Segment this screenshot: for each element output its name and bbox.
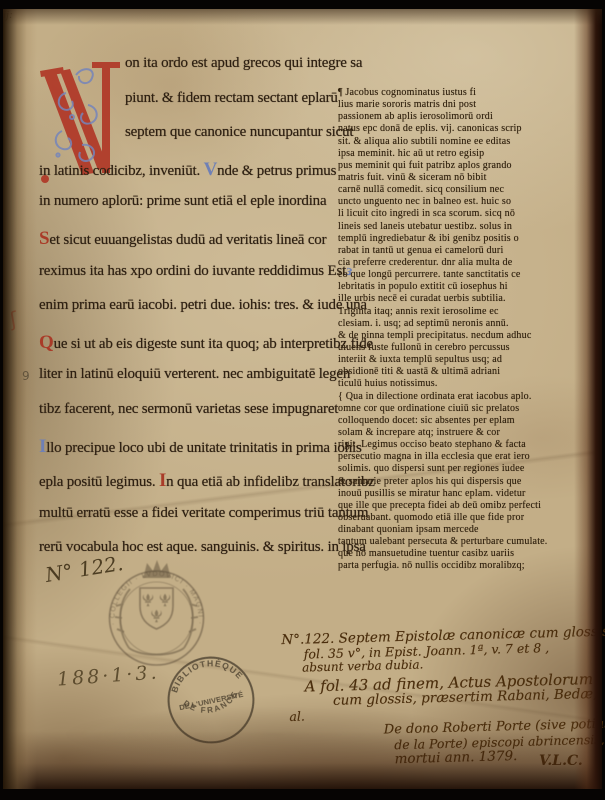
university-stamp: BIBLIOTHÈQUE DE L'UNIVERSITÉ DE FRANCE [154, 643, 268, 757]
main-text-line: Illo precipue loco ubi de unitate trinit… [39, 436, 375, 471]
gloss-line: Triginta itaq; annis rexit ierosolime ec [338, 306, 548, 318]
gloss-line: sit. & aliqua alio subtili nomine ee edi… [338, 136, 548, 148]
librarian-notes: N°.122. Septem Epistolæ canonicæ cum glo… [281, 625, 599, 770]
main-text-line: in latinis codicibz, inveniūt. Vnde & pe… [39, 159, 375, 194]
gloss-line: ipsa meminit. hic aū ut retro egisip [338, 148, 548, 160]
gloss-line: clesiam. i. usq; ad septimū neronis annū… [338, 318, 548, 330]
gloss-line: que nō mansuetudine tuentur casibz uarii… [338, 548, 548, 560]
gloss-line: passionem ab aplis ierosolimorū ordi [338, 111, 548, 123]
librarian-initials: V.L.C. [539, 753, 583, 769]
main-text-line: tibz facerent, nec sermonū varietas sese… [39, 401, 375, 436]
main-text-line: septem que canonice nuncupantur sicut [39, 124, 375, 159]
gloss-line: rabat in tantū ut genua ei camelorū duri [338, 245, 548, 257]
gloss-line: natus epc donā de eplis. vij. canonicas … [338, 123, 548, 135]
gloss-line: que ille que precepta fidei ab deū omibz… [338, 500, 548, 512]
red-margin-flourish: ʃ [8, 307, 19, 332]
main-text-line: piunt. & fidem rectam sectant eplarū [39, 90, 375, 125]
main-text-line: on ita ordo est apud grecos qui integre … [39, 55, 375, 90]
gloss-line: ticulū huius notissimus. [338, 378, 548, 390]
gloss-line: ille urbis necē ei curadat uerbis subtil… [338, 293, 548, 305]
main-text-line: Que si ut ab eis digeste sunt ita quoq; … [39, 332, 375, 367]
margin-correction-mark: 9 [22, 369, 30, 383]
gloss-line: { Qua in dilectione ordinata erat iacobu… [338, 391, 548, 403]
gloss-line: inouū pusillis se miratur hanc eplam. vi… [338, 488, 548, 500]
main-text-line: liter in latinū eloquiū verterent. nec a… [39, 366, 375, 401]
gloss-line: lius marie sororis matris dni post [338, 99, 548, 111]
main-text-line: multū erratū esse a fidei veritate compe… [39, 505, 375, 540]
gloss-line: obsidionē titi & uastā & ultimā adriani [338, 366, 548, 378]
main-text-line: in numero aplorū: prime sunt etiā el epl… [39, 193, 375, 228]
shield-icon [140, 588, 173, 629]
gloss-line: rigit. Legimus occiso beato stephano & f… [338, 439, 548, 451]
gloss-line: carnē nullā comedit. sicq consilium nec [338, 184, 548, 196]
gloss-line: & de pinna templi precipitatus. necdum a… [338, 330, 548, 342]
gloss-line: cia preferre crederentur. dnr alia multa… [338, 257, 548, 269]
gloss-line: omne cor que ordinatione ciuiū sic prela… [338, 403, 548, 415]
gloss-line: uiuens fuste fullonū in cerebro percussu… [338, 342, 548, 354]
main-text-line: enim prima earū iacobi. petri due. iohis… [39, 297, 375, 332]
gloss-column: ¶ Jacobus cognominatus iustus filius mar… [338, 87, 548, 573]
gloss-line: ¶ Jacobus cognominatus iustus fi [338, 87, 548, 99]
gloss-line: persecutio magna in illa ecclesia que er… [338, 451, 548, 463]
gloss-line: parta perfugia. nō nullis occidibz moral… [338, 560, 548, 572]
gloss-line: uncto unguento nec in balneo est. huic s… [338, 196, 548, 208]
gloss-line: interiit & iuxta templū sepultus usq; ad [338, 354, 548, 366]
gloss-line: colloquendo docet: sic absentes per epla… [338, 415, 548, 427]
gloss-line: lineis sed laneis utebatur uestibz. solu… [338, 221, 548, 233]
gloss-line: obseruabant. quomodo etiā ille que fide … [338, 512, 548, 524]
gloss-line: eo que longū percurrere. tante sanctitat… [338, 269, 548, 281]
gloss-line: tantum ualebant persecuta & perturbare c… [338, 536, 548, 548]
gloss-line: lebritatis in populo extitit cū iosephus… [338, 281, 548, 293]
main-text-line: epla positū legimus. In qua etiā ab infi… [39, 470, 375, 505]
gloss-line: pus meminit qui fuit patribz aplos grand… [338, 160, 548, 172]
page-edge-left-shadow [3, 9, 37, 789]
photo-frame: on ita ordo est apud grecos qui integre … [0, 0, 605, 800]
gloss-line: solimis. quo dispersi sunt per regiones … [338, 463, 548, 475]
gloss-line: & samarie preter aplos his qui dispersis… [338, 476, 548, 488]
main-text-line: reximus ita has xpo ordini do iuvante re… [39, 263, 375, 298]
gloss-line: li licuit cito ingredi in sca scorum. si… [338, 208, 548, 220]
gloss-line: solam & increpare atq; instruere & cor [338, 427, 548, 439]
main-text-line: Set sicut euuangelistas dudū ad veritati… [39, 228, 375, 263]
quire-mark: ij: [3, 9, 602, 21]
gloss-line: templū ingrediebatur & ibi genibz positi… [338, 233, 548, 245]
parchment-page: on ita ordo est apud grecos qui integre … [3, 9, 602, 789]
main-text-column: on ita ordo est apud grecos qui integre … [39, 55, 375, 574]
gloss-line: matris fuit. vinū & siceram nō bibit [338, 172, 548, 184]
gloss-line: dinabant quoniam ipsam mercede [338, 524, 548, 536]
